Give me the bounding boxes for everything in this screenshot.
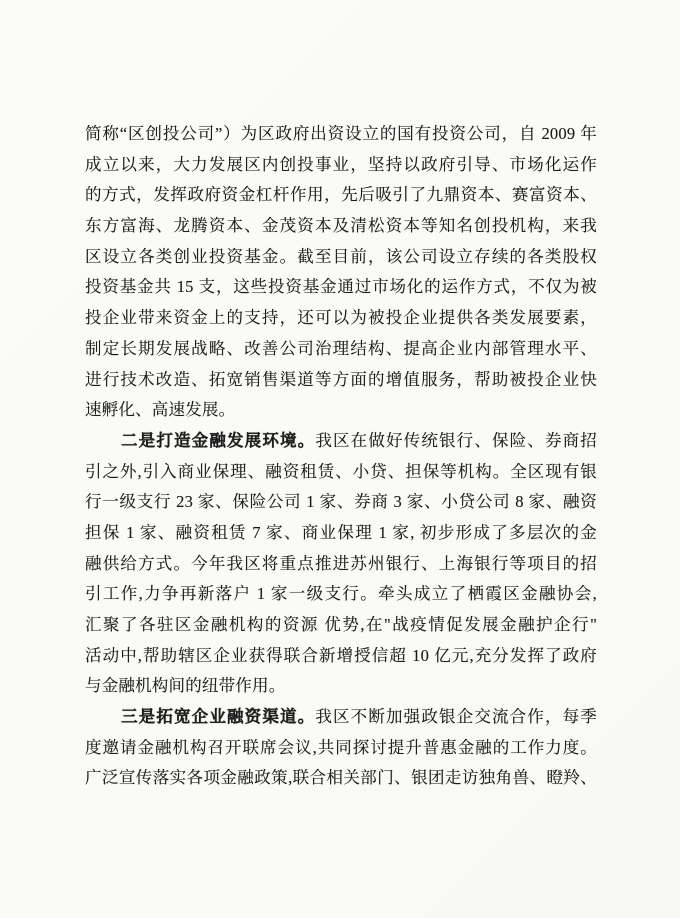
text-segment: 行一级支行 23 家、保险公司 1 家、券商 3 家、小贷公司 8 家、融资 bbox=[85, 492, 597, 511]
text-segment: 进行技术改造、拓宽销售渠道等方面的增值服务，帮助被投企业快 bbox=[85, 370, 597, 389]
text-line: 与金融机构间的纽带作用。 bbox=[85, 671, 597, 702]
text-line: 融供给方式。今年我区将重点推进苏州银行、上海银行等项目的招 bbox=[85, 549, 597, 580]
text-line: 二是打造金融发展环境。我区在做好传统银行、保险、券商招 bbox=[85, 426, 597, 457]
text-segment: 速孵化、高速发展。 bbox=[85, 400, 235, 419]
scan-page: 简称“区创投公司”）为区政府出资设立的国有投资公司，自 2009 年成立以来，大… bbox=[0, 0, 680, 918]
text-line: 成立以来，大力发展区内创投事业，坚持以政府引导、市场化运作 bbox=[85, 150, 597, 181]
text-line: 区设立各类创业投资基金。截至目前，该公司设立存续的各类股权 bbox=[85, 242, 597, 273]
paragraph-lead-bold: 二是打造金融发展环境。 bbox=[121, 431, 315, 450]
text-segment: 投企业带来资金上的支持，还可以为被投企业提供各类发展要素， bbox=[85, 308, 597, 327]
text-line: 投企业带来资金上的支持，还可以为被投企业提供各类发展要素， bbox=[85, 303, 597, 334]
text-segment: 汇聚了各驻区金融机构的资源 优势,在"战疫情促发展金融护企行" bbox=[85, 615, 597, 634]
text-line: 速孵化、高速发展。 bbox=[85, 395, 597, 426]
text-line: 引工作,力争再新落户 1 家一级支行。牵头成立了栖霞区金融协会, bbox=[85, 579, 597, 610]
text-segment: 的方式，发挥政府资金杠杆作用，先后吸引了九鼎资本、赛富资本、 bbox=[85, 185, 597, 204]
text-segment: 简称“区创投公司”）为区政府出资设立的国有投资公司，自 2009 年 bbox=[85, 124, 597, 143]
text-line: 活动中,帮助辖区企业获得联合新增授信超 10 亿元,充分发挥了政府 bbox=[85, 641, 597, 672]
text-segment: 活动中,帮助辖区企业获得联合新增授信超 10 亿元,充分发挥了政府 bbox=[85, 646, 597, 665]
text-segment: 担保 1 家、融资租赁 7 家、商业保理 1 家, 初步形成了多层次的金 bbox=[85, 523, 597, 542]
text-segment: 引之外,引入商业保理、融资租赁、小贷、担保等机构。全区现有银 bbox=[85, 462, 597, 481]
text-segment: 与金融机构间的纽带作用。 bbox=[85, 676, 285, 695]
text-line: 汇聚了各驻区金融机构的资源 优势,在"战疫情促发展金融护企行" bbox=[85, 610, 597, 641]
text-line: 广泛宣传落实各项金融政策,联合相关部门、银团走访独角兽、瞪羚、 bbox=[85, 763, 597, 794]
text-line: 东方富海、龙腾资本、金茂资本及清松资本等知名创投机构，来我 bbox=[85, 211, 597, 242]
text-segment: 区设立各类创业投资基金。截至目前，该公司设立存续的各类股权 bbox=[85, 247, 597, 266]
text-line: 投资基金共 15 支，这些投资基金通过市场化的运作方式，不仅为被 bbox=[85, 272, 597, 303]
text-segment: 广泛宣传落实各项金融政策,联合相关部门、银团走访独角兽、瞪羚、 bbox=[85, 768, 597, 787]
text-segment: 成立以来，大力发展区内创投事业，坚持以政府引导、市场化运作 bbox=[85, 155, 597, 174]
text-line: 行一级支行 23 家、保险公司 1 家、券商 3 家、小贷公司 8 家、融资 bbox=[85, 487, 597, 518]
paragraph-lead-bold: 三是拓宽企业融资渠道。 bbox=[121, 707, 315, 726]
text-line: 担保 1 家、融资租赁 7 家、商业保理 1 家, 初步形成了多层次的金 bbox=[85, 518, 597, 549]
text-line: 度邀请金融机构召开联席会议,共同探讨提升普惠金融的工作力度。 bbox=[85, 733, 597, 764]
text-line: 简称“区创投公司”）为区政府出资设立的国有投资公司，自 2009 年 bbox=[85, 119, 597, 150]
text-segment: 投资基金共 15 支，这些投资基金通过市场化的运作方式，不仅为被 bbox=[85, 277, 597, 296]
text-line: 制定长期发展战略、改善公司治理结构、提高企业内部管理水平、 bbox=[85, 334, 597, 365]
text-line: 的方式，发挥政府资金杠杆作用，先后吸引了九鼎资本、赛富资本、 bbox=[85, 180, 597, 211]
text-segment: 我区不断加强政银企交流合作，每季 bbox=[315, 707, 597, 726]
text-segment: 东方富海、龙腾资本、金茂资本及清松资本等知名创投机构，来我 bbox=[85, 216, 597, 235]
text-segment: 我区在做好传统银行、保险、券商招 bbox=[315, 431, 597, 450]
text-segment: 制定长期发展战略、改善公司治理结构、提高企业内部管理水平、 bbox=[85, 339, 597, 358]
text-line: 三是拓宽企业融资渠道。我区不断加强政银企交流合作，每季 bbox=[85, 702, 597, 733]
text-segment: 度邀请金融机构召开联席会议,共同探讨提升普惠金融的工作力度。 bbox=[85, 738, 597, 757]
text-line: 引之外,引入商业保理、融资租赁、小贷、担保等机构。全区现有银 bbox=[85, 457, 597, 488]
document-body: 简称“区创投公司”）为区政府出资设立的国有投资公司，自 2009 年成立以来，大… bbox=[85, 119, 597, 794]
text-segment: 融供给方式。今年我区将重点推进苏州银行、上海银行等项目的招 bbox=[85, 554, 597, 573]
text-line: 进行技术改造、拓宽销售渠道等方面的增值服务，帮助被投企业快 bbox=[85, 365, 597, 396]
text-segment: 引工作,力争再新落户 1 家一级支行。牵头成立了栖霞区金融协会, bbox=[85, 584, 597, 603]
